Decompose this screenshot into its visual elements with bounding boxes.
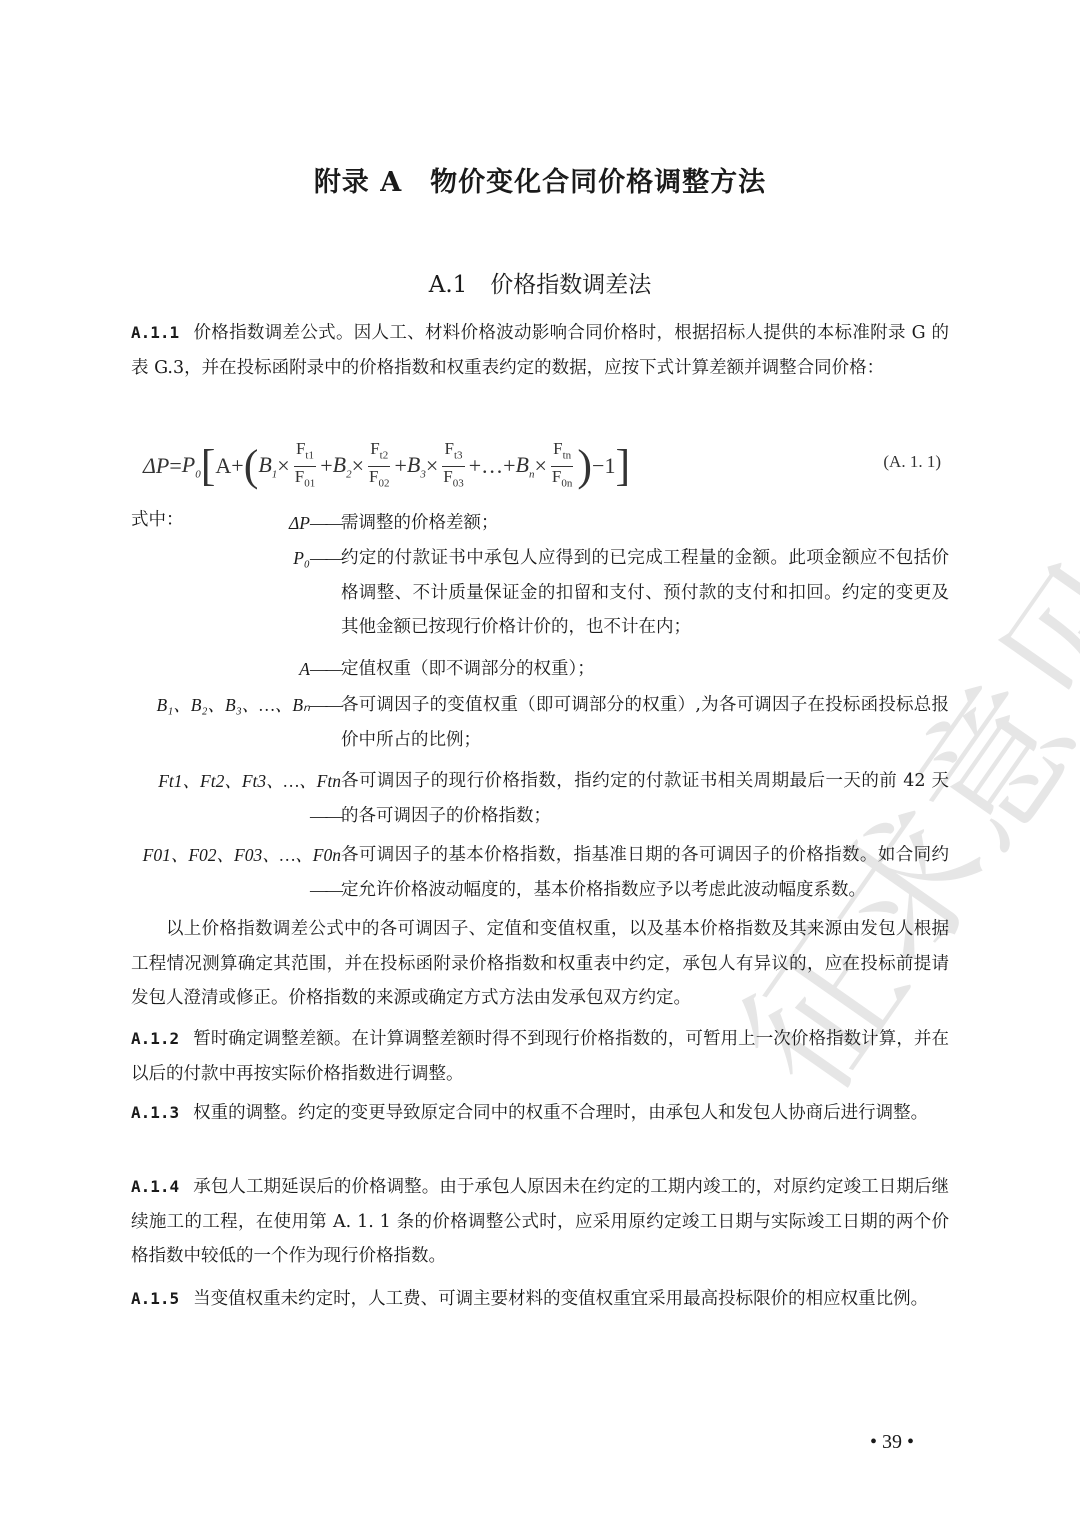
clause-a-1-3: A.1.3权重的调整。约定的变更导致原定合同中的权重不合理时，由承包人和发包人协… xyxy=(131,1096,949,1131)
definition-text: 需调整的价格差额； xyxy=(341,506,949,541)
term-b1: B1 xyxy=(258,452,277,480)
clause-a-1-5: A.1.5当变值权重未约定时，人工费、可调主要材料的变值权重宜采用最高投标限价的… xyxy=(131,1282,949,1317)
formula-a: A+ xyxy=(215,453,243,479)
clause-text: 当变值权重未约定时，人工费、可调主要材料的变值权重宜采用最高投标限价的相应权重比… xyxy=(193,1289,928,1309)
left-bracket: [ xyxy=(201,444,216,488)
definition-symbol: Ft1、Ft2、Ft3、…、Ftn—— xyxy=(131,764,341,833)
clause-number: A.1.2 xyxy=(131,1029,179,1048)
watermark-text: 征求意见稿 xyxy=(681,389,1080,1127)
formula-minus-one: −1 xyxy=(592,453,615,479)
definitions-intro: 式中： xyxy=(131,506,184,531)
definition-text: 各可调因子的现行价格指数，指约定的付款证书相关周期最后一天的前 42 天的各可调… xyxy=(341,764,949,833)
definition-symbol: F01、F02、F03、…、F0n—— xyxy=(131,838,341,907)
clause-number: A.1.1 xyxy=(131,323,179,342)
times-sign: × xyxy=(277,453,289,479)
definition-symbol: P₀—— xyxy=(293,541,341,576)
definition-symbol: ΔP—— xyxy=(289,506,341,541)
definition-text: 各可调因子的变值权重（即可调部分的权重）,为各可调因子在投标函投标总报价中所占的… xyxy=(341,688,949,757)
clause-a-1-1: A.1.1价格指数调差公式。因人工、材料价格波动影响合同价格时，根据招标人提供的… xyxy=(131,316,949,385)
section-title: A.1 价格指数调差法 xyxy=(0,266,1080,299)
clause-text: 价格指数调差公式。因人工、材料价格波动影响合同价格时，根据招标人提供的本标准附录… xyxy=(131,323,949,378)
formula-ellipsis: +…+ xyxy=(469,453,516,479)
clause-text: 暂时确定调整差额。在计算调整差额时得不到现行价格指数的，可暂用上一次价格指数计算… xyxy=(131,1029,949,1084)
clause-number: A.1.3 xyxy=(131,1103,179,1122)
price-adjustment-formula: ΔP = P0 [ A+ ( B1 × Ft1F01 + B2 × Ft2F02… xyxy=(143,436,953,496)
definition-text: 各可调因子的基本价格指数，指基准日期的各可调因子的价格指数。如合同约定允许价格波… xyxy=(341,838,949,907)
plus-sign: + xyxy=(320,453,332,479)
definition-text: 定值权重（即不调部分的权重）； xyxy=(341,652,949,687)
term-b2: B2 xyxy=(333,452,352,480)
fraction-n: FtnF0n xyxy=(550,439,574,493)
definition-symbol: B₁、B₂、B₃、…、Bₙ—— xyxy=(156,688,341,723)
clause-text: 承包人工期延误后的价格调整。由于承包人原因未在约定的工期内竣工的，对原约定竣工日… xyxy=(131,1177,949,1266)
formula-equals: = xyxy=(169,453,181,479)
fraction-1: Ft1F01 xyxy=(293,439,317,493)
clause-a-1-4: A.1.4承包人工期延误后的价格调整。由于承包人原因未在约定的工期内竣工的，对原… xyxy=(131,1170,949,1274)
clause-a-1-2: A.1.2暂时确定调整差额。在计算调整差额时得不到现行价格指数的，可暂用上一次价… xyxy=(131,1022,949,1091)
page-title: 附录 A 物价变化合同价格调整方法 xyxy=(0,160,1080,199)
definition-symbol: A—— xyxy=(299,652,341,687)
right-bracket: ] xyxy=(615,444,630,488)
clause-number: A.1.4 xyxy=(131,1177,179,1196)
clause-number: A.1.5 xyxy=(131,1289,179,1308)
term-bn: Bn xyxy=(516,452,535,480)
formula-lhs: ΔP xyxy=(143,453,169,479)
note-paragraph: 以上价格指数调差公式中的各可调因子、定值和变值权重，以及基本价格指数及其来源由发… xyxy=(131,912,949,1016)
right-paren: ) xyxy=(577,444,592,488)
plus-sign: + xyxy=(394,453,406,479)
equation-number: (A. 1. 1) xyxy=(883,452,941,472)
left-paren: ( xyxy=(244,444,259,488)
times-sign: × xyxy=(535,453,547,479)
formula-p0: P0 xyxy=(182,452,201,480)
definition-text: 约定的付款证书中承包人应得到的已完成工程量的金额。此项金额应不包括价格调整、不计… xyxy=(341,541,949,645)
term-b3: B3 xyxy=(407,452,426,480)
page-number: • 39 • xyxy=(870,1431,914,1454)
times-sign: × xyxy=(352,453,364,479)
clause-text: 权重的调整。约定的变更导致原定合同中的权重不合理时，由承包人和发包人协商后进行调… xyxy=(193,1103,928,1123)
times-sign: × xyxy=(426,453,438,479)
fraction-2: Ft2F02 xyxy=(367,439,391,493)
fraction-3: Ft3F03 xyxy=(441,439,465,493)
